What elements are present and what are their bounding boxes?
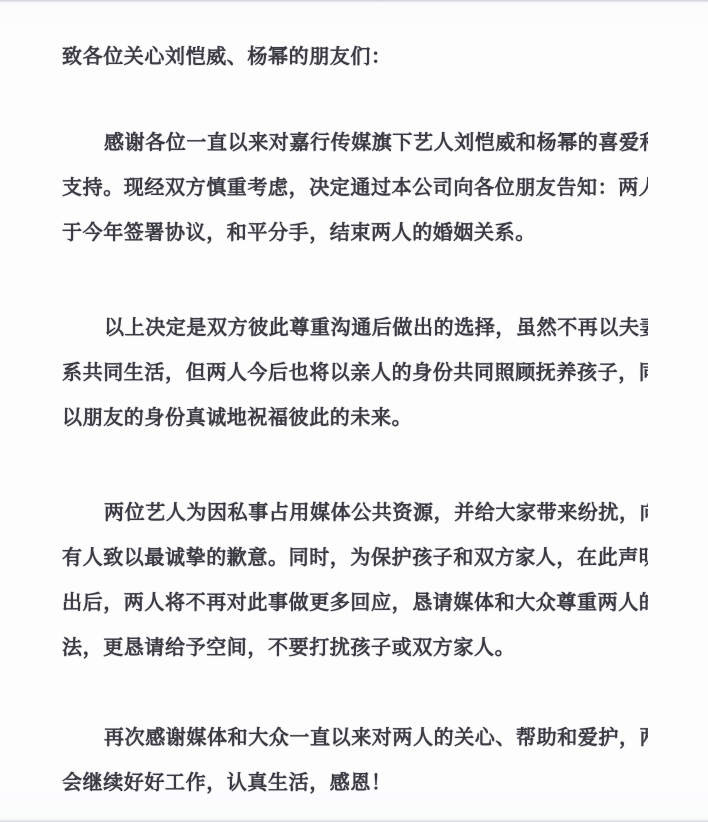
letter-page: 致各位关心刘恺威、杨幂的朋友们： 感谢各位一直以来对嘉行传媒旗下艺人刘恺威和杨幂… [0,0,708,822]
paragraph-apology-privacy: 两位艺人为因私事占用媒体公共资源，并给大家带来纷扰，向所 有人致以最诚挚的歉意。… [62,491,648,671]
text-line: 会继续好好工作，认真生活，感恩！ [62,761,648,806]
paragraph-mutual-decision: 以上决定是双方彼此尊重沟通后做出的选择，虽然不再以夫妻关 系共同生活，但两人今后… [62,306,648,441]
text-line: 两位艺人为因私事占用媒体公共资源，并给大家带来纷扰，向所 [62,491,648,536]
text-line: 感谢各位一直以来对嘉行传媒旗下艺人刘恺威和杨幂的喜爱和 [62,121,648,166]
text-line: 再次感谢媒体和大众一直以来对两人的关心、帮助和爱护，两人 [62,716,648,761]
text-line: 于今年签署协议，和平分手，结束两人的婚姻关系。 [62,211,648,256]
text-line: 系共同生活，但两人今后也将以亲人的身份共同照顾抚养孩子，同时 [62,351,648,396]
text-line: 以上决定是双方彼此尊重沟通后做出的选择，虽然不再以夫妻关 [62,306,648,351]
paragraph-closing-thanks: 再次感谢媒体和大众一直以来对两人的关心、帮助和爱护，两人 会继续好好工作，认真生… [62,716,648,806]
text-line: 有人致以最诚挚的歉意。同时，为保护孩子和双方家人，在此声明发 [62,536,648,581]
text-line: 法，更恳请给予空间，不要打扰孩子或双方家人。 [62,626,648,671]
text-line: 以朋友的身份真诚地祝福彼此的未来。 [62,396,648,441]
text-line: 支持。现经双方慎重考虑，决定通过本公司向各位朋友告知：两人已 [62,166,648,211]
salutation-line: 致各位关心刘恺威、杨幂的朋友们： [62,35,648,80]
paragraph-thanks-announcement: 感谢各位一直以来对嘉行传媒旗下艺人刘恺威和杨幂的喜爱和 支持。现经双方慎重考虑，… [62,121,648,256]
letter-content: 致各位关心刘恺威、杨幂的朋友们： 感谢各位一直以来对嘉行传媒旗下艺人刘恺威和杨幂… [0,0,708,806]
page-top-edge [0,0,708,3]
text-line: 出后，两人将不再对此事做更多回应，恳请媒体和大众尊重两人的想 [62,581,648,626]
